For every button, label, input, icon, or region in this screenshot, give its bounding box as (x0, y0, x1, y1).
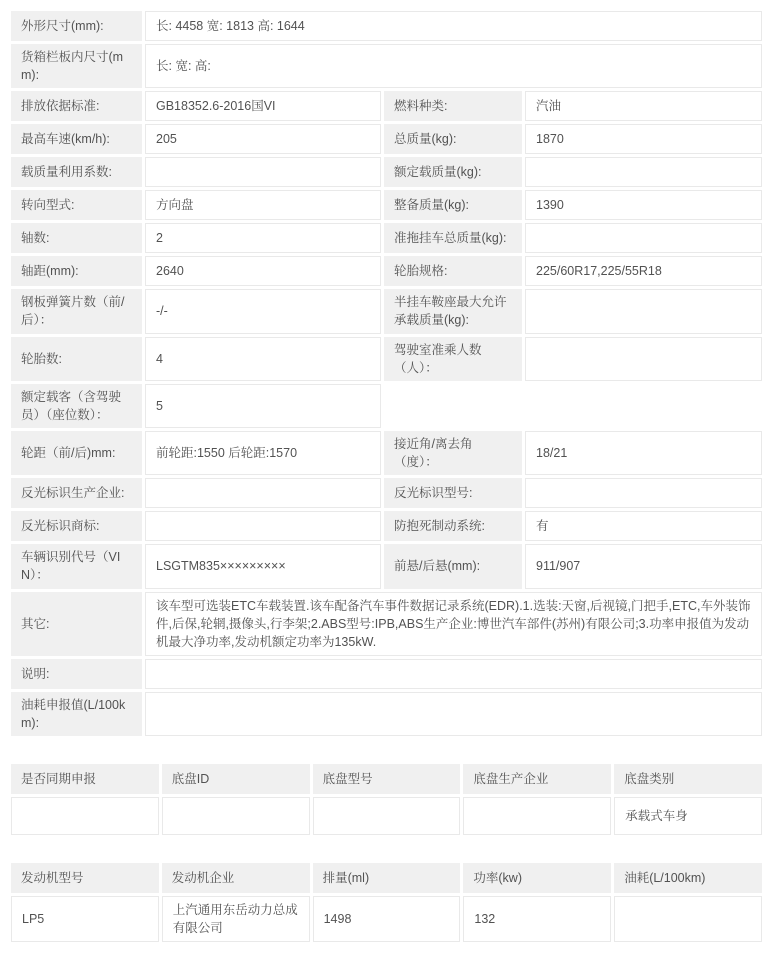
spec-value-cell (525, 157, 762, 187)
spec-label-cell: 说明: (11, 659, 142, 689)
spec-label-cell: 额定载质量(kg): (384, 157, 522, 187)
chassis-data-row: 承载式车身 (11, 797, 762, 835)
spec-label-cell: 反光标识生产企业: (11, 478, 142, 508)
spec-value-cell: LSGTM835××××××××× (145, 544, 381, 588)
spec-table: 外形尺寸(mm):长: 4458 宽: 1813 高: 1644货箱栏板内尺寸(… (8, 8, 765, 739)
spec-blank-cell (384, 384, 762, 428)
chassis-header-cell: 底盘ID (162, 764, 310, 794)
spec-row: 最高车速(km/h):205总质量(kg):1870 (11, 124, 762, 154)
chassis-table-body: 承载式车身 (11, 797, 762, 835)
spec-value-cell: 长: 4458 宽: 1813 高: 1644 (145, 11, 762, 41)
spec-label-cell: 前悬/后悬(mm): (384, 544, 522, 588)
spec-row: 额定载客（含驾驶员）（座位数）：5 (11, 384, 762, 428)
spec-label-cell: 燃料种类: (384, 91, 522, 121)
spec-value-cell: 长: 宽: 高: (145, 44, 762, 88)
spec-row: 油耗申报值(L/100km): (11, 692, 762, 736)
spec-row: 排放依据标准:GB18352.6-2016国VI燃料种类:汽油 (11, 91, 762, 121)
spec-label-cell: 接近角/离去角（度）： (384, 431, 522, 475)
chassis-header-cell: 是否同期申报 (11, 764, 159, 794)
spec-row: 其它:该车型可选装ETC车载装置.该车配备汽车事件数据记录系统(EDR).1.选… (11, 592, 762, 656)
chassis-header-cell: 底盘型号 (313, 764, 461, 794)
spec-label-cell: 轴距(mm): (11, 256, 142, 286)
spec-label-cell: 其它: (11, 592, 142, 656)
chassis-data-cell (162, 797, 310, 835)
spec-label-cell: 转向型式: (11, 190, 142, 220)
spec-label-cell: 车辆识别代号（VIN）： (11, 544, 142, 588)
spec-value-cell: 18/21 (525, 431, 762, 475)
spec-row: 转向型式:方向盘整备质量(kg):1390 (11, 190, 762, 220)
spec-label-cell: 油耗申报值(L/100km): (11, 692, 142, 736)
engine-header-cell: 油耗(L/100km) (614, 863, 762, 893)
spec-label-cell: 轮胎规格: (384, 256, 522, 286)
spec-value-cell: GB18352.6-2016国VI (145, 91, 381, 121)
vehicle-announcement-page: 外形尺寸(mm):长: 4458 宽: 1813 高: 1644货箱栏板内尺寸(… (0, 0, 773, 955)
chassis-data-cell (11, 797, 159, 835)
chassis-data-cell (463, 797, 611, 835)
spec-value-cell: 1870 (525, 124, 762, 154)
spec-label-cell: 载质量利用系数: (11, 157, 142, 187)
spec-value-cell (145, 692, 762, 736)
engine-data-cell (614, 896, 762, 942)
engine-data-row: LP5上汽通用东岳动力总成有限公司1498132 (11, 896, 762, 942)
engine-header-row: 发动机型号发动机企业排量(ml)功率(kw)油耗(L/100km) (11, 863, 762, 893)
spec-label-cell: 防抱死制动系统: (384, 511, 522, 541)
spec-row: 钢板弹簧片数（前/后）：-/-半挂车鞍座最大允许承载质量(kg): (11, 289, 762, 333)
spec-value-cell (145, 659, 762, 689)
spec-row: 反光标识生产企业:反光标识型号: (11, 478, 762, 508)
spec-value-cell: 1390 (525, 190, 762, 220)
spec-row: 外形尺寸(mm):长: 4458 宽: 1813 高: 1644 (11, 11, 762, 41)
engine-data-cell: 132 (463, 896, 611, 942)
engine-data-cell: 上汽通用东岳动力总成有限公司 (162, 896, 310, 942)
engine-header-cell: 发动机型号 (11, 863, 159, 893)
engine-data-cell: LP5 (11, 896, 159, 942)
spec-label-cell: 整备质量(kg): (384, 190, 522, 220)
spec-label-cell: 总质量(kg): (384, 124, 522, 154)
chassis-header-cell: 底盘类别 (614, 764, 762, 794)
spec-value-cell: 4 (145, 337, 381, 381)
engine-table-head: 发动机型号发动机企业排量(ml)功率(kw)油耗(L/100km) (11, 863, 762, 893)
chassis-header-cell: 底盘生产企业 (463, 764, 611, 794)
spec-value-cell: 方向盘 (145, 190, 381, 220)
spec-row: 轴距(mm):2640轮胎规格:225/60R17,225/55R18 (11, 256, 762, 286)
engine-data-cell: 1498 (313, 896, 461, 942)
spec-row: 说明: (11, 659, 762, 689)
spec-value-cell: 汽油 (525, 91, 762, 121)
spec-row: 轴数:2准拖挂车总质量(kg): (11, 223, 762, 253)
spec-value-cell (145, 511, 381, 541)
spec-label-cell: 反光标识型号: (384, 478, 522, 508)
spec-value-cell (525, 478, 762, 508)
spec-value-cell: -/- (145, 289, 381, 333)
spec-table-body: 外形尺寸(mm):长: 4458 宽: 1813 高: 1644货箱栏板内尺寸(… (11, 11, 762, 736)
spec-label-cell: 排放依据标准: (11, 91, 142, 121)
spec-value-cell: 2640 (145, 256, 381, 286)
engine-table-body: LP5上汽通用东岳动力总成有限公司1498132 (11, 896, 762, 942)
engine-header-cell: 功率(kw) (463, 863, 611, 893)
spec-label-cell: 驾驶室准乘人数（人）： (384, 337, 522, 381)
spec-label-cell: 钢板弹簧片数（前/后）： (11, 289, 142, 333)
spec-value-cell: 有 (525, 511, 762, 541)
spec-value-cell: 该车型可选装ETC车载装置.该车配备汽车事件数据记录系统(EDR).1.选装:天… (145, 592, 762, 656)
spec-value-cell: 2 (145, 223, 381, 253)
spec-label-cell: 轴数: (11, 223, 142, 253)
spec-label-cell: 反光标识商标: (11, 511, 142, 541)
spec-label-cell: 轮距（前/后)mm: (11, 431, 142, 475)
spec-label-cell: 轮胎数: (11, 337, 142, 381)
spec-value-cell: 5 (145, 384, 381, 428)
chassis-header-row: 是否同期申报底盘ID底盘型号底盘生产企业底盘类别 (11, 764, 762, 794)
spec-value-cell: 205 (145, 124, 381, 154)
spec-value-cell (525, 337, 762, 381)
spec-row: 货箱栏板内尺寸(mm):长: 宽: 高: (11, 44, 762, 88)
spec-label-cell: 外形尺寸(mm): (11, 11, 142, 41)
spec-value-cell: 225/60R17,225/55R18 (525, 256, 762, 286)
spec-value-cell (145, 157, 381, 187)
spec-label-cell: 准拖挂车总质量(kg): (384, 223, 522, 253)
spec-label-cell: 最高车速(km/h): (11, 124, 142, 154)
engine-header-cell: 排量(ml) (313, 863, 461, 893)
spec-row: 反光标识商标:防抱死制动系统:有 (11, 511, 762, 541)
spec-value-cell: 911/907 (525, 544, 762, 588)
spec-row: 车辆识别代号（VIN）：LSGTM835×××××××××前悬/后悬(mm):9… (11, 544, 762, 588)
spec-row: 轮距（前/后)mm:前轮距:1550 后轮距:1570接近角/离去角（度）：18… (11, 431, 762, 475)
engine-header-cell: 发动机企业 (162, 863, 310, 893)
spec-value-cell (145, 478, 381, 508)
chassis-data-cell: 承载式车身 (614, 797, 762, 835)
spec-label-cell: 半挂车鞍座最大允许承载质量(kg): (384, 289, 522, 333)
spec-value-cell (525, 223, 762, 253)
spec-value-cell (525, 289, 762, 333)
engine-table: 发动机型号发动机企业排量(ml)功率(kw)油耗(L/100km) LP5上汽通… (8, 860, 765, 945)
spec-row: 轮胎数:4驾驶室准乘人数（人）： (11, 337, 762, 381)
spec-label-cell: 额定载客（含驾驶员）（座位数）： (11, 384, 142, 428)
chassis-table-head: 是否同期申报底盘ID底盘型号底盘生产企业底盘类别 (11, 764, 762, 794)
spec-label-cell: 货箱栏板内尺寸(mm): (11, 44, 142, 88)
spec-value-cell: 前轮距:1550 后轮距:1570 (145, 431, 381, 475)
spec-row: 载质量利用系数:额定载质量(kg): (11, 157, 762, 187)
chassis-data-cell (313, 797, 461, 835)
